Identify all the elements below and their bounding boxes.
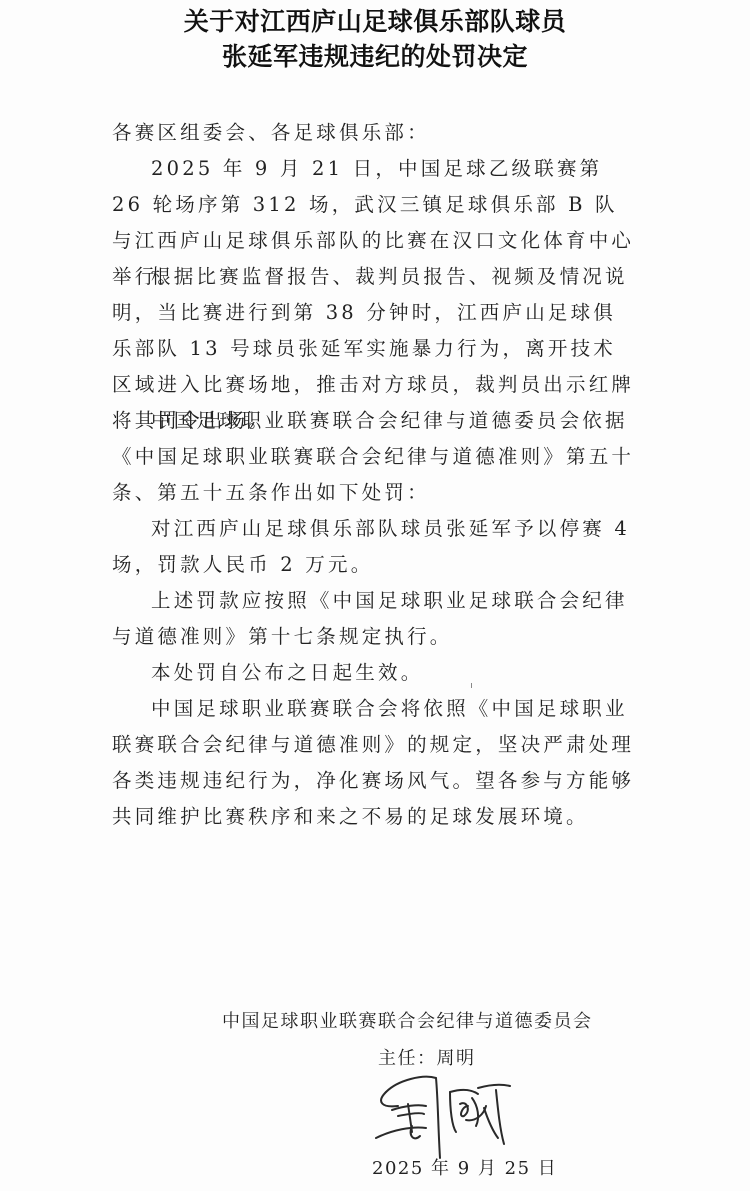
scan-artifact: [471, 683, 472, 688]
document-title-line-1: 关于对江西庐山足球俱乐部队球员: [0, 5, 750, 39]
document-title-line-2: 张延军违规违纪的处罚决定: [0, 40, 750, 74]
paragraph-fine-execution: 上述罚款应按照《中国足球职业足球联合会纪律与道德准则》第十七条规定执行。: [112, 583, 636, 655]
signature-organization: 中国足球职业联赛联合会纪律与道德委员会: [222, 1007, 593, 1037]
document-page: 关于对江西庐山足球俱乐部队球员 张延军违规违纪的处罚决定 各赛区组委会、各足球俱…: [0, 0, 750, 1191]
paragraph-penalty: 对江西庐山足球俱乐部队球员张延军予以停赛 4 场，罚款人民币 2 万元。: [112, 511, 636, 583]
handwritten-signature-icon: [368, 1070, 518, 1162]
paragraph-effective: 本处罚自公布之日起生效。: [112, 655, 636, 691]
salutation: 各赛区组委会、各足球俱乐部：: [112, 115, 636, 151]
paragraph-legal-basis: 中国足球职业联赛联合会纪律与道德委员会依据《中国足球职业联赛联合会纪律与道德准则…: [112, 403, 636, 511]
paragraph-statement: 中国足球职业联赛联合会将依照《中国足球职业联赛联合会纪律与道德准则》的规定，坚决…: [112, 691, 636, 835]
signature-date: 2025 年 9 月 25 日: [372, 1154, 557, 1184]
